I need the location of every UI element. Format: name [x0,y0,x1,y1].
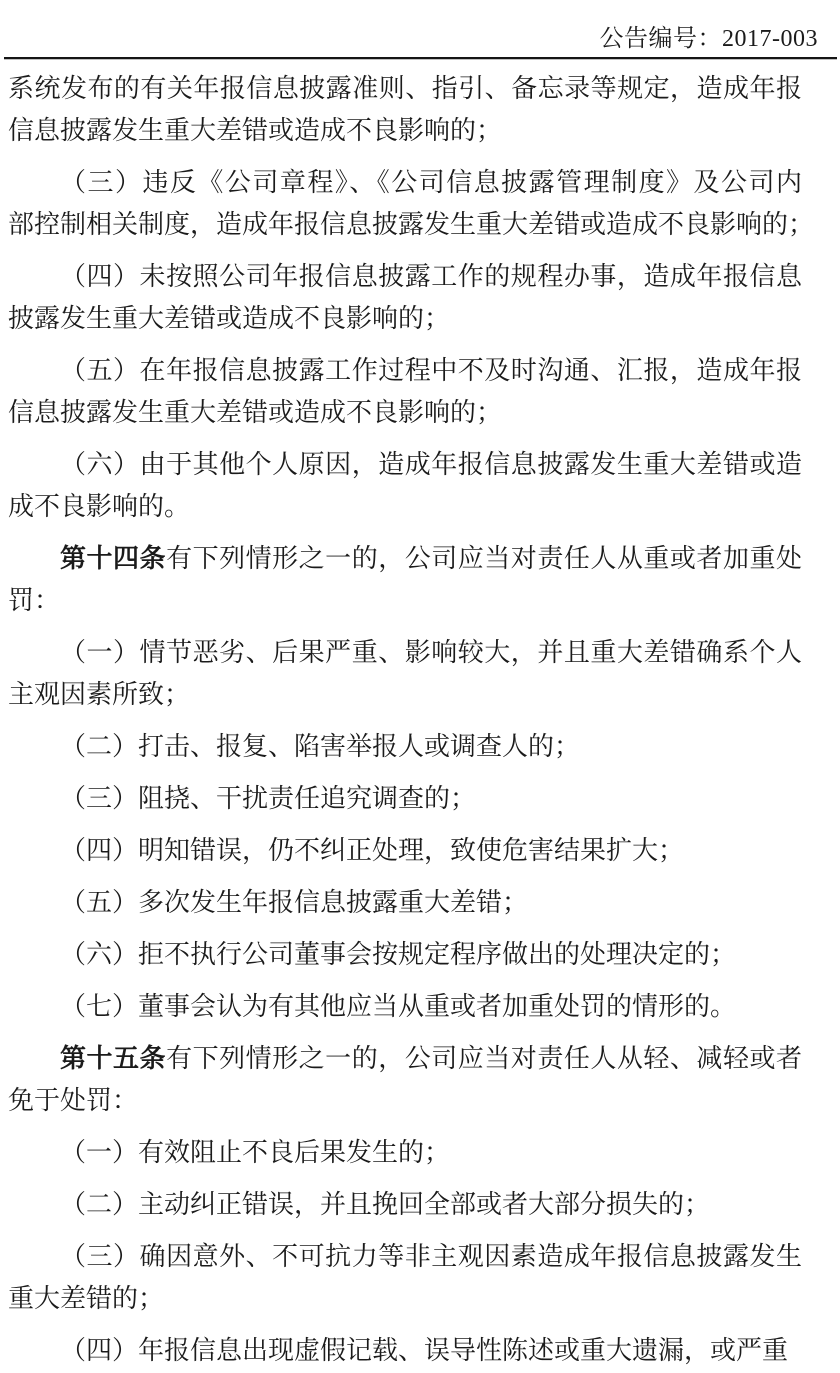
document-body: 系统发布的有关年报信息披露准则、指引、备忘录等规定，造成年报信息披露发生重大差错… [0,59,840,1372]
announcement-number: 公告编号：2017-003 [0,0,840,52]
clause-number: 第十四条 [60,544,166,573]
text-line: 主观因素所致； [8,674,802,716]
text-line: （六）拒不执行公司董事会按规定程序做出的处理决定的； [8,934,802,976]
text-line: 第十五条有下列情形之一的，公司应当对责任人从轻、减轻或者 [8,1038,802,1080]
text-line: （五）多次发生年报信息披露重大差错； [8,882,802,924]
text-line: （二）打击、报复、陷害举报人或调查人的； [8,726,802,768]
text-line: （三）确因意外、不可抗力等非主观因素造成年报信息披露发生 [8,1236,802,1278]
text-line: 免于处罚： [8,1080,802,1122]
paragraph: （六）拒不执行公司董事会按规定程序做出的处理决定的； [8,934,802,976]
text-line: （四）未按照公司年报信息披露工作的规程办事，造成年报信息 [8,256,802,298]
paragraph: （六）由于其他个人原因，造成年报信息披露发生重大差错或造成不良影响的。 [8,444,802,528]
text-line: （五）在年报信息披露工作过程中不及时沟通、汇报，造成年报 [8,350,802,392]
paragraph: （二）主动纠正错误，并且挽回全部或者大部分损失的； [8,1184,802,1226]
paragraph: （七）董事会认为有其他应当从重或者加重处罚的情形的。 [8,986,802,1028]
text-line: 披露发生重大差错或造成不良影响的； [8,298,802,340]
paragraph: （三）确因意外、不可抗力等非主观因素造成年报信息披露发生重大差错的； [8,1236,802,1320]
paragraph: （一）情节恶劣、后果严重、影响较大，并且重大差错确系个人主观因素所致； [8,632,802,716]
text-line: （七）董事会认为有其他应当从重或者加重处罚的情形的。 [8,986,802,1028]
document-page: 公告编号：2017-003 系统发布的有关年报信息披露准则、指引、备忘录等规定，… [0,0,840,1373]
text-line: 重大差错的； [8,1278,802,1320]
text-line: 第十四条有下列情形之一的，公司应当对责任人从重或者加重处 [8,538,802,580]
paragraph: 第十五条有下列情形之一的，公司应当对责任人从轻、减轻或者免于处罚： [8,1038,802,1122]
paragraph: （三）阻挠、干扰责任追究调查的； [8,778,802,820]
clause-number: 第十五条 [60,1044,166,1073]
text-line: 系统发布的有关年报信息披露准则、指引、备忘录等规定，造成年报 [8,68,802,110]
text-line: 罚： [8,580,802,622]
text-line: （三）阻挠、干扰责任追究调查的； [8,778,802,820]
text-line: （三）违反《公司章程》、《公司信息披露管理制度》及公司内 [8,162,802,204]
paragraph: （一）有效阻止不良后果发生的； [8,1132,802,1174]
paragraph: （三）违反《公司章程》、《公司信息披露管理制度》及公司内部控制相关制度，造成年报… [8,162,802,246]
text-line: 部控制相关制度，造成年报信息披露发生重大差错或造成不良影响的； [8,204,802,246]
text-line: 成不良影响的。 [8,486,802,528]
text-line: （六）由于其他个人原因，造成年报信息披露发生重大差错或造 [8,444,802,486]
paragraph: （四）明知错误，仍不纠正处理，致使危害结果扩大； [8,830,802,872]
text-line: （四）年报信息出现虚假记载、误导性陈述或重大遗漏，或严重 [8,1330,802,1372]
text-line: （一）有效阻止不良后果发生的； [8,1132,802,1174]
text-line: 信息披露发生重大差错或造成不良影响的； [8,392,802,434]
text-line: （一）情节恶劣、后果严重、影响较大，并且重大差错确系个人 [8,632,802,674]
paragraph: （四）未按照公司年报信息披露工作的规程办事，造成年报信息披露发生重大差错或造成不… [8,256,802,340]
text-line: 信息披露发生重大差错或造成不良影响的； [8,110,802,152]
paragraph: 第十四条有下列情形之一的，公司应当对责任人从重或者加重处罚： [8,538,802,622]
paragraph: （五）多次发生年报信息披露重大差错； [8,882,802,924]
text-line: （四）明知错误，仍不纠正处理，致使危害结果扩大； [8,830,802,872]
paragraph: （五）在年报信息披露工作过程中不及时沟通、汇报，造成年报信息披露发生重大差错或造… [8,350,802,434]
text-line: （二）主动纠正错误，并且挽回全部或者大部分损失的； [8,1184,802,1226]
paragraph: （四）年报信息出现虚假记载、误导性陈述或重大遗漏，或严重 [8,1330,802,1372]
paragraph: 系统发布的有关年报信息披露准则、指引、备忘录等规定，造成年报信息披露发生重大差错… [8,68,802,152]
paragraph: （二）打击、报复、陷害举报人或调查人的； [8,726,802,768]
